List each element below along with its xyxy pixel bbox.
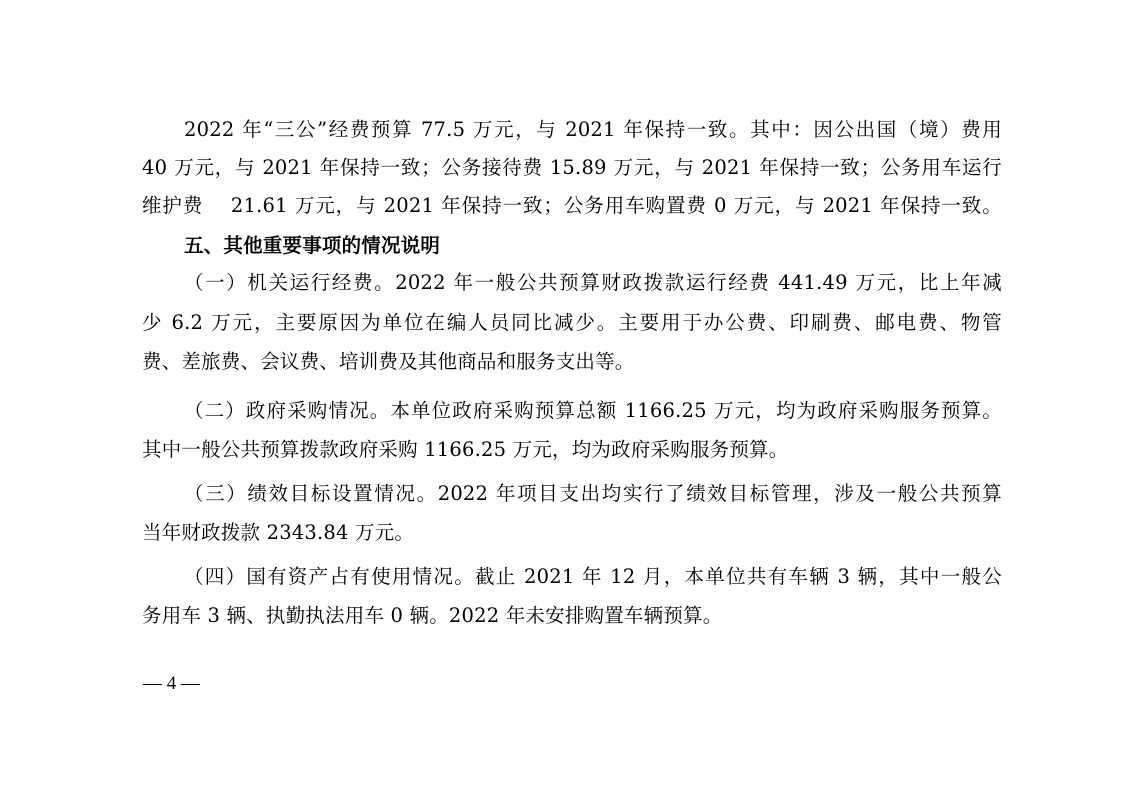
- item4-line-1: （四）国有资产占有使用情况。截止 2021 年 12 月，本单位共有车辆 3 辆…: [184, 564, 1002, 590]
- item3-line-2: 当年财政拨款 2343.84 万元。: [142, 520, 1002, 546]
- item1-line-1: （一）机关运行经费。2022 年一般公共预算财政拨款运行经费 441.49 万元…: [184, 270, 1002, 296]
- paragraph-sangong-line-3: 维护费 21.61 万元，与 2021 年保持一致；公务用车购置费 0 万元，与…: [142, 193, 1002, 219]
- paragraph-sangong-line-2: 40 万元，与 2021 年保持一致；公务接待费 15.89 万元，与 2021…: [142, 155, 1002, 181]
- item2-line-2: 其中一般公共预算拨款政府采购 1166.25 万元，均为政府采购服务预算。: [142, 437, 1002, 463]
- section-heading: 五、其他重要事项的情况说明: [184, 233, 1002, 259]
- page-number: — 4 —: [143, 673, 200, 695]
- item1-line-2: 少 6.2 万元，主要原因为单位在编人员同比减少。主要用于办公费、印刷费、邮电费…: [142, 310, 1002, 336]
- item1-line-3: 费、差旅费、会议费、培训费及其他商品和服务支出等。: [142, 349, 1002, 375]
- paragraph-sangong-line-1: 2022 年“三公”经费预算 77.5 万元，与 2021 年保持一致。其中：因…: [184, 117, 1002, 143]
- item3-line-1: （三）绩效目标设置情况。2022 年项目支出均实行了绩效目标管理，涉及一般公共预…: [184, 481, 1002, 507]
- item2-line-1: （二）政府采购情况。本单位政府采购预算总额 1166.25 万元，均为政府采购服…: [184, 398, 1002, 424]
- item4-line-2: 务用车 3 辆、执勤执法用车 0 辆。2022 年未安排购置车辆预算。: [142, 603, 1002, 629]
